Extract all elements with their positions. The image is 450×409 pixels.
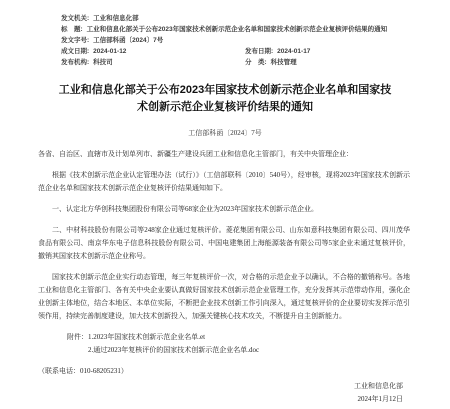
signature-date: 2024年1月12日 [0, 393, 403, 406]
attachment-list: 1.2023年国家技术创新示范企业名单.et 2.通过2023年复核评价的国家技… [88, 331, 259, 357]
signature-org: 工业和信息化部 [0, 380, 403, 393]
document-title: 工业和信息化部关于公布2023年国家技术创新示范企业名单和国家技术创新示范企业复… [55, 82, 395, 115]
meta-label-written-date: 成文日期: [61, 46, 89, 57]
document-body: 各省、自治区、直辖市及计划单列市、新疆生产建设兵团工业和信息化主管部门，有关中央… [38, 148, 410, 323]
body-paragraph-item-2: 二、中材科技股份有限公司等248家企业通过复核评价。菱花集团有限公司、山东如意科… [38, 224, 410, 263]
signature-block: 工业和信息化部 2024年1月12日 [0, 380, 403, 406]
meta-row-title: 标 题: 工业和信息化部关于公布2023年国家技术创新示范企业名单和国家技术创新… [61, 24, 450, 35]
meta-label-title: 标 题: [61, 24, 83, 35]
meta-label-category: 分 类: [245, 57, 267, 68]
attachment-link-2[interactable]: 2.通过2023年复核评价的国家技术创新示范企业名单.doc [88, 344, 259, 357]
meta-row-doc-number: 发文字号: 工信部科函〔2024〕7号 [61, 35, 450, 46]
attachments-section: 附件： 1.2023年国家技术创新示范企业名单.et 2.通过2023年复核评价… [67, 331, 410, 357]
meta-value-title: 工业和信息化部关于公布2023年国家技术创新示范企业名单和国家技术创新示范企业复… [87, 24, 387, 35]
meta-value-written-date: 2024-01-12 [93, 46, 126, 57]
body-paragraph-basis: 根据《技术创新示范企业认定管理办法（试行）》（工信部联科〔2010〕540号），… [38, 169, 410, 195]
body-paragraph-management: 国家技术创新示范企业实行动态管理，每三年复核评价一次，对合格的示范企业予以确认，… [38, 271, 410, 323]
meta-label-doc-number: 发文字号: [61, 35, 89, 46]
meta-row-issuing-agency: 发文机关: 工业和信息化部 [61, 13, 450, 24]
document-meta-section: 发文机关: 工业和信息化部 标 题: 工业和信息化部关于公布2023年国家技术创… [61, 13, 450, 68]
meta-label-publisher: 发布机构: [61, 57, 89, 68]
attachment-link-1[interactable]: 1.2023年国家技术创新示范企业名单.et [88, 331, 259, 344]
meta-value-doc-number: 工信部科函〔2024〕7号 [93, 35, 163, 46]
meta-label-issuing-agency: 发文机关: [61, 13, 89, 24]
meta-row-dates: 成文日期: 2024-01-12 发布日期: 2024-01-17 [61, 46, 450, 57]
meta-value-category: 科技管理 [271, 57, 297, 68]
meta-label-publish-date: 发布日期: [245, 46, 273, 57]
meta-row-publisher: 发布机构: 科技司 分 类: 科技管理 [61, 57, 450, 68]
salutation: 各省、自治区、直辖市及计划单列市、新疆生产建设兵团工业和信息化主管部门，有关中央… [38, 148, 410, 161]
contact-phone: （联系电话：010-68205231） [38, 365, 410, 378]
document-page: 发文机关: 工业和信息化部 标 题: 工业和信息化部关于公布2023年国家技术创… [0, 0, 450, 409]
body-paragraph-item-1: 一、认定北方华创科技集团股份有限公司等68家企业为2023年国家技术创新示范企业… [38, 203, 410, 216]
meta-value-issuing-agency: 工业和信息化部 [93, 13, 139, 24]
attachments-label: 附件： [67, 331, 88, 357]
meta-value-publisher: 科技司 [93, 57, 113, 68]
meta-value-publish-date: 2024-01-17 [277, 46, 310, 57]
document-number: 工信部科函〔2024〕7号 [0, 128, 450, 138]
